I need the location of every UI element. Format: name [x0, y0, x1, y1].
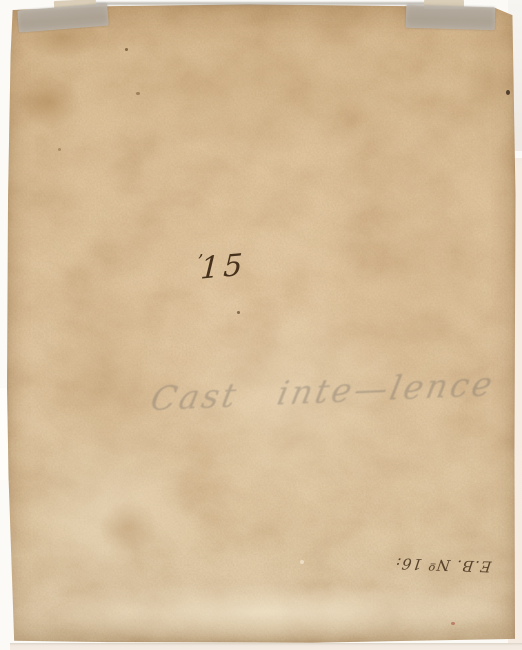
backing-board-bottom-strip — [0, 643, 522, 650]
inscription-number-ink: 15ʼ — [199, 246, 261, 296]
paper-sheet-verso: 15ʼ Cast inte—lence E.B. Nº 16: — [6, 3, 516, 644]
tape-top-right — [406, 5, 496, 30]
photograph-of-drawing-verso: 15ʼ Cast inte—lence E.B. Nº 16: — [0, 0, 522, 650]
inscription-collector-mark-upside-down: E.B. Nº 16: — [392, 542, 496, 575]
backing-board-seam-left — [0, 388, 8, 480]
inscription-number-flourish: ʼ — [196, 251, 207, 273]
